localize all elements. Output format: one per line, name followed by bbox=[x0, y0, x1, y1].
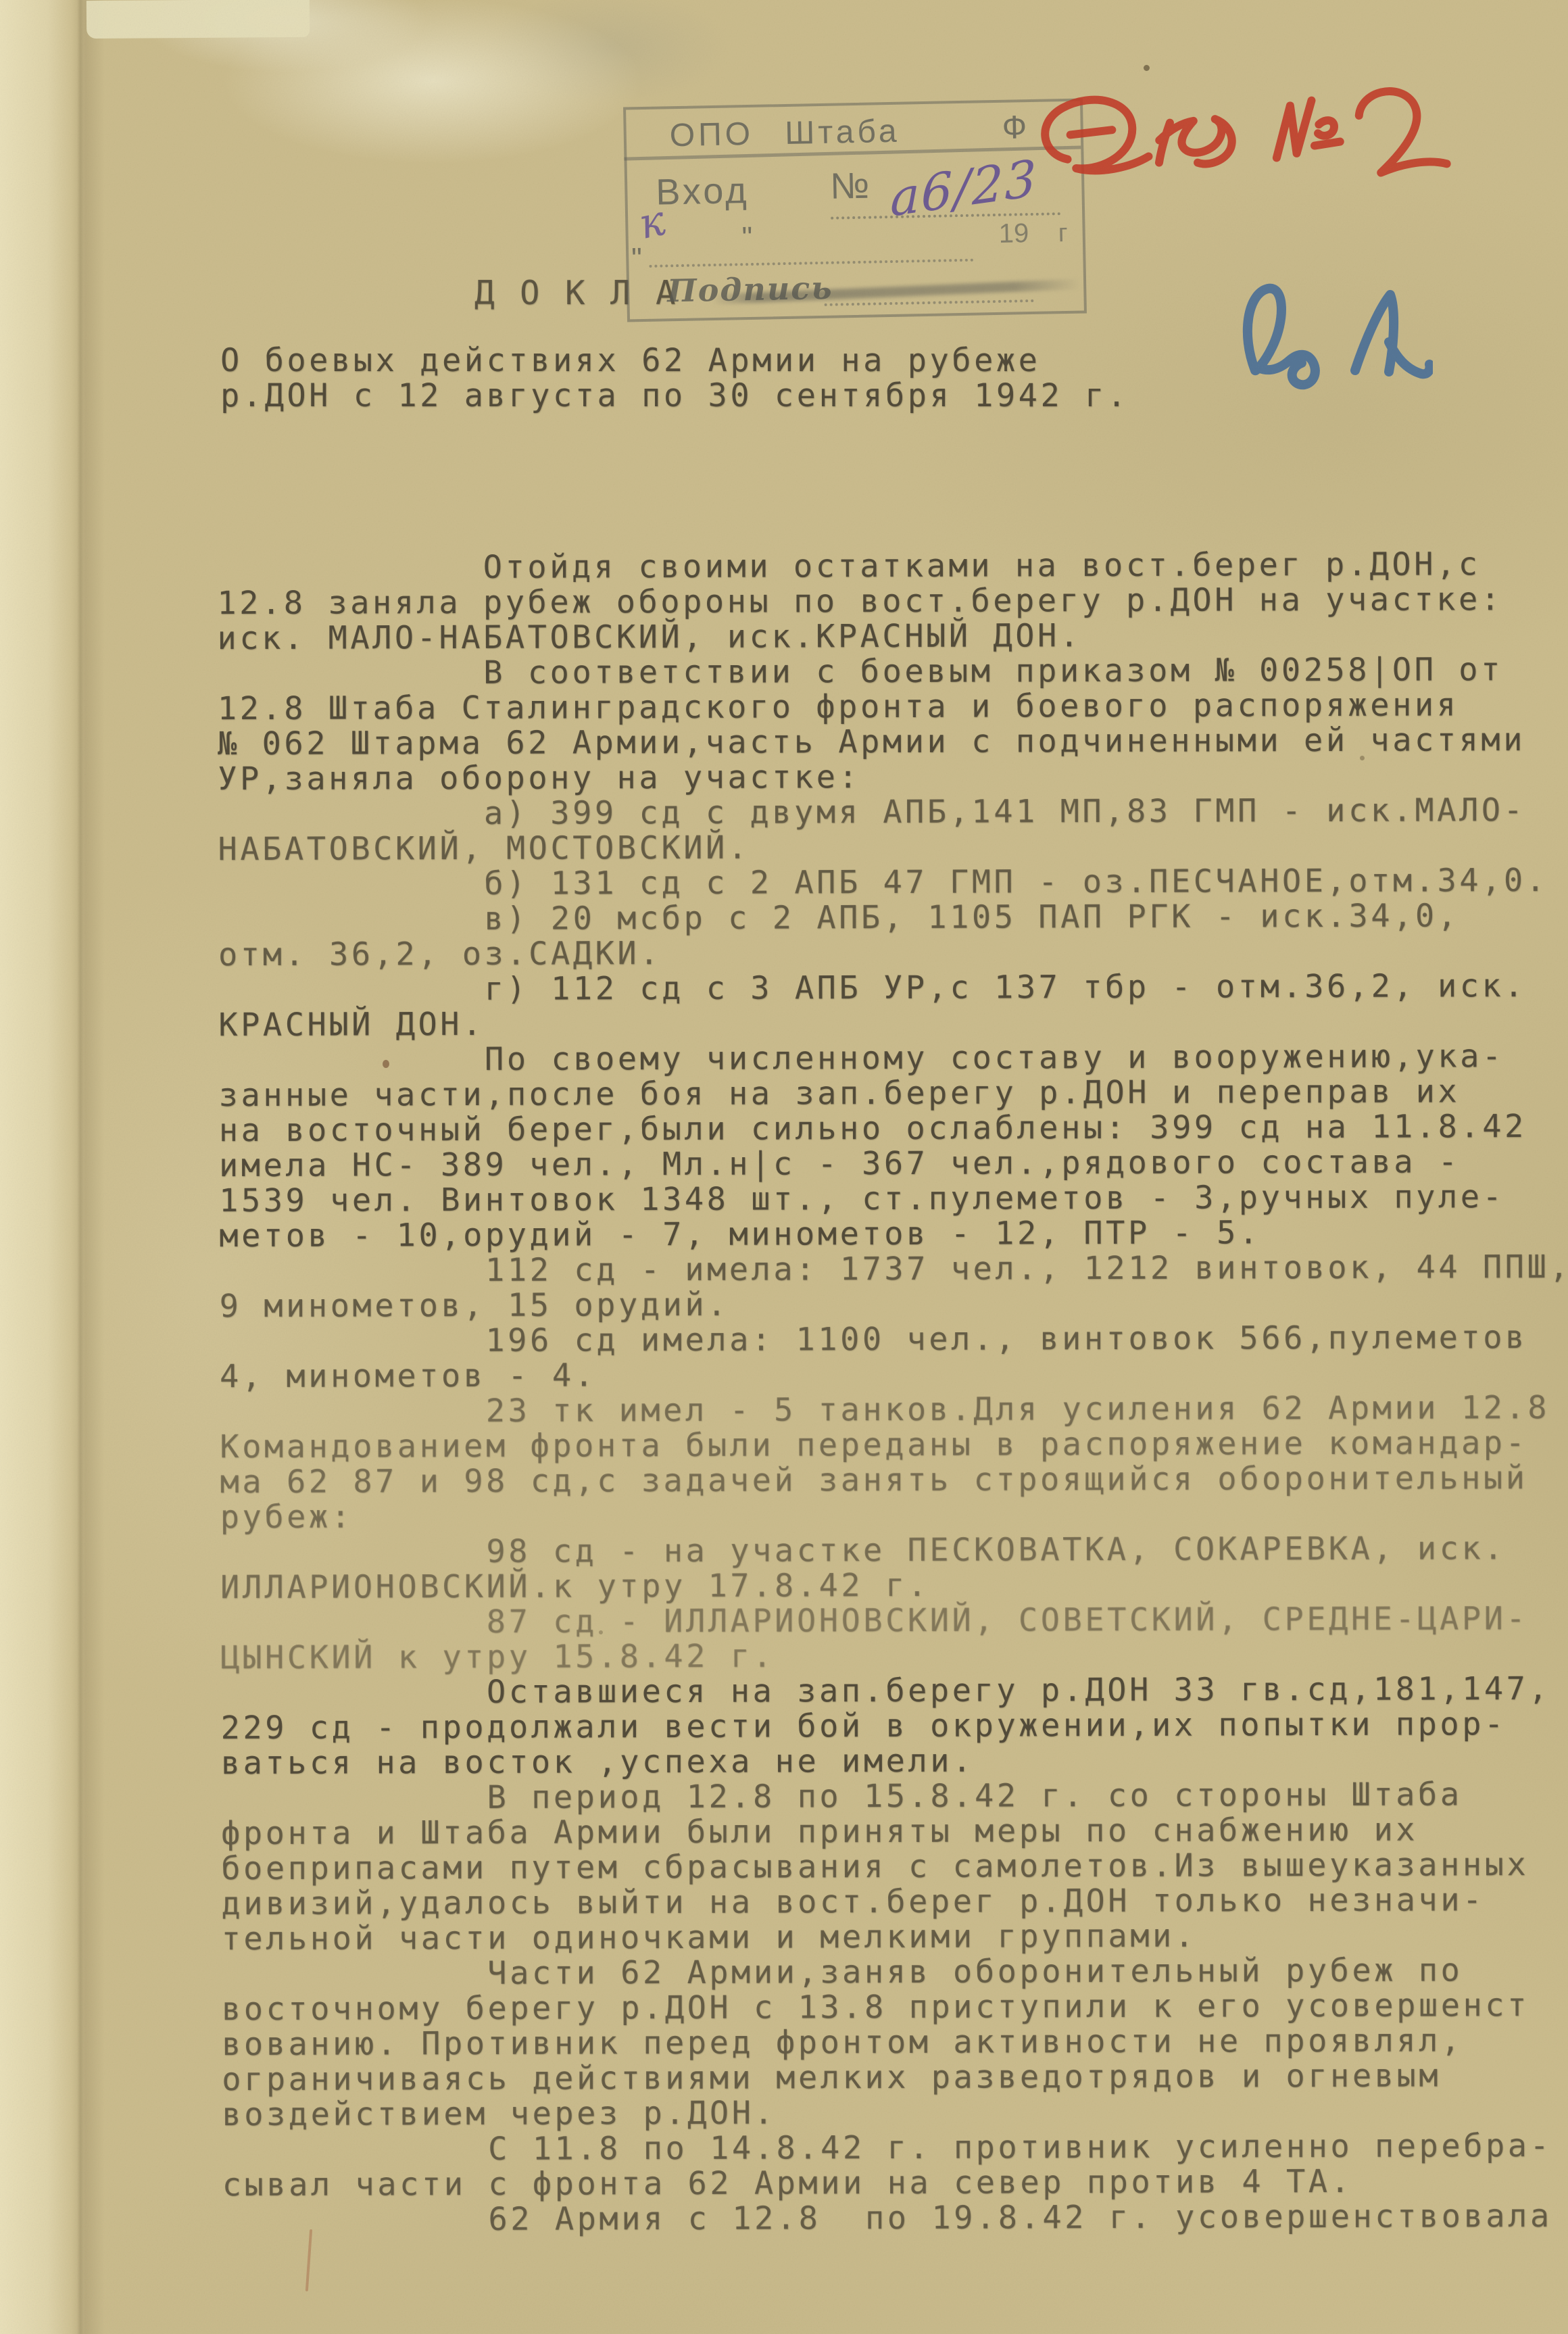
stamp-year-suffix: г bbox=[1058, 219, 1068, 248]
body-paragraph: Оставшиеся на зап.берегу р.ДОН 33 гв.сд,… bbox=[220, 1672, 1568, 1781]
body-paragraph: С 11.8 по 14.8.42 г. противник усиленно … bbox=[222, 2129, 1568, 2203]
paper-crease bbox=[77, 0, 84, 2334]
stamp-date-dotted-line bbox=[649, 229, 974, 268]
body-paragraph: 98 сд - на участке ПЕСКОВАТКА, СОКАРЕВКА… bbox=[220, 1531, 1568, 1605]
body-paragraph: г) 112 сд с 3 АПБ УР,с 137 тбр - отм.36,… bbox=[218, 969, 1568, 1043]
typewritten-body: Отойдя своими остатками на вост.берег р.… bbox=[217, 547, 1568, 2238]
stamp-signature-label: Подпись bbox=[667, 270, 833, 310]
blue-pencil-scribble bbox=[1217, 269, 1433, 397]
body-paragraph: 112 сд - имела: 1737 чел., 1212 винтовок… bbox=[219, 1250, 1568, 1324]
body-paragraph: В период 12.8 по 15.8.42 г. со стороны Ш… bbox=[221, 1777, 1568, 1957]
red-pencil-copy-note bbox=[1000, 70, 1487, 199]
body-paragraph: б) 131 сд с 2 АПБ 47 ГМП - оз.ПЕСЧАНОЕ,о… bbox=[218, 863, 1568, 902]
stamp-header-text: ОПО Штаба bbox=[669, 113, 900, 155]
body-paragraph: Части 62 Армии,заняв оборонительный рубе… bbox=[222, 1953, 1568, 2133]
body-paragraph: 23 тк имел - 5 танков.Для усиления 62 Ар… bbox=[220, 1390, 1568, 1535]
stamp-year-prefix: 19 bbox=[998, 218, 1029, 249]
document-subtitle: О боевых действиях 62 Армии на рубеже р.… bbox=[220, 343, 1129, 414]
scanned-document-page: Д О К Л А О боевых действиях 62 Армии на… bbox=[0, 0, 1568, 2334]
body-paragraph: а) 399 сд с двумя АПБ,141 МП,83 ГМП - ис… bbox=[218, 793, 1568, 867]
body-paragraph: В соответствии с боевым приказом № 00258… bbox=[218, 652, 1568, 797]
body-paragraph: 87 сд - ИЛЛАРИОНОВСКИЙ, СОВЕТСКИЙ, СРЕДН… bbox=[220, 1601, 1568, 1676]
body-paragraph: По своему численному составу и вооружени… bbox=[218, 1039, 1568, 1254]
stamp-entry-label: Вход bbox=[656, 170, 750, 214]
stamp-date-quote-2: " bbox=[631, 242, 643, 276]
paper-edge-tab bbox=[87, 0, 310, 39]
paper-fiber bbox=[305, 2229, 312, 2291]
body-paragraph: в) 20 мсбр с 2 АПБ, 1105 ПАП РГК - иск.3… bbox=[218, 898, 1568, 973]
body-paragraph: Отойдя своими остатками на вост.берег р.… bbox=[217, 547, 1568, 656]
body-paragraph: 62 Армия с 12.8 по 19.8.42 г. усовершенс… bbox=[222, 2199, 1568, 2238]
body-paragraph: 196 сд имела: 1100 чел., винтовок 566,пу… bbox=[220, 1320, 1568, 1394]
